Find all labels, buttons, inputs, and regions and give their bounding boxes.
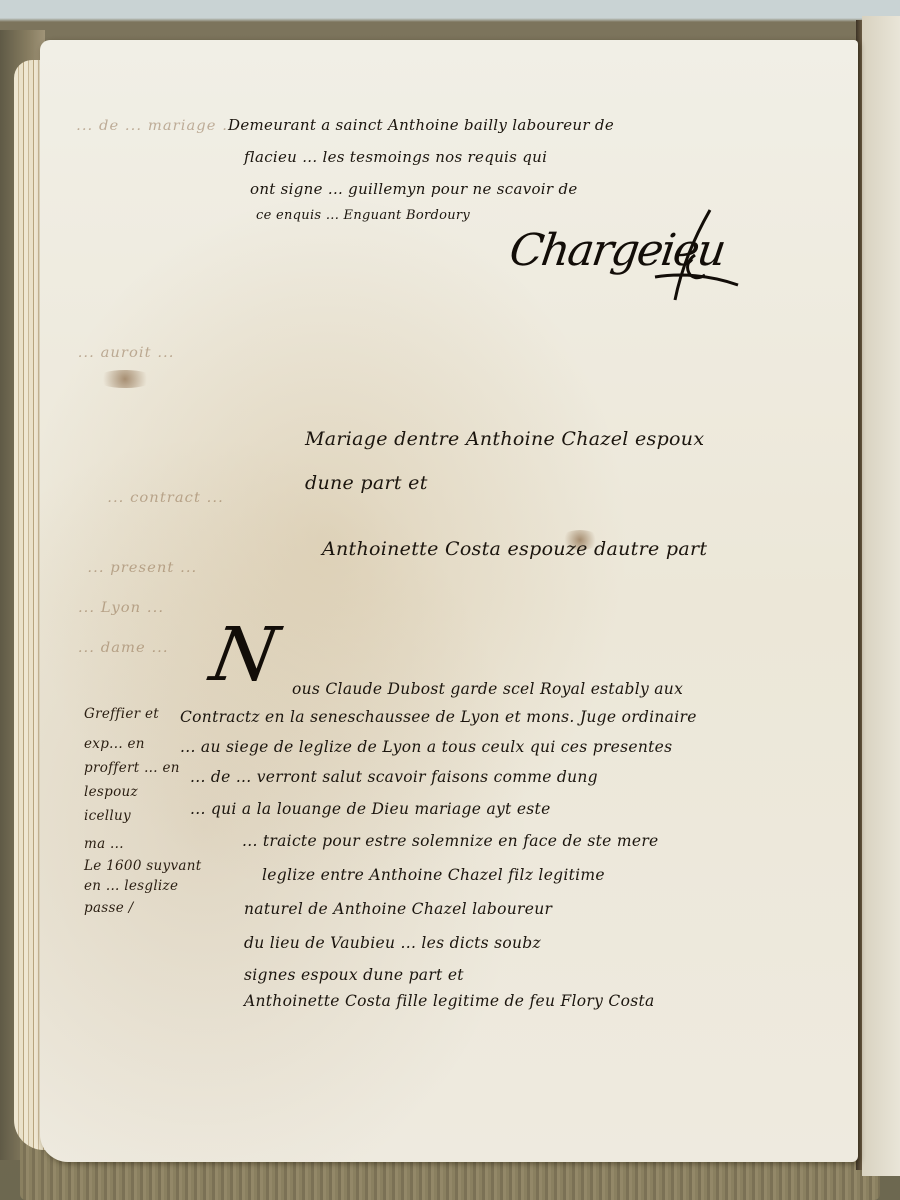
- body-line: ... traicte pour estre solemnize en face…: [242, 832, 659, 850]
- top-entry-line: ont signe ... guillemyn pour ne scavoir …: [250, 180, 578, 198]
- margin-note-line: Le 1600 suyvant: [84, 858, 201, 874]
- body-line: ... qui a la louange de Dieu mariage ayt…: [190, 800, 551, 818]
- margin-note-line: ma ...: [84, 836, 124, 852]
- margin-note-line: exp... en: [84, 736, 145, 752]
- bleed-through-text: ... de ... mariage ...: [76, 118, 239, 134]
- bleed-through-text: ... Lyon ...: [78, 600, 164, 616]
- body-line: Contractz en la seneschaussee de Lyon et…: [180, 708, 697, 726]
- bleed-through-text: ... auroit ...: [78, 345, 175, 361]
- top-entry-line: flacieu ... les tesmoings nos requis qui: [244, 148, 547, 166]
- margin-note-line: passe /: [84, 900, 133, 916]
- facing-page: [862, 16, 900, 1176]
- body-line: ... au siege de leglize de Lyon a tous c…: [180, 738, 672, 756]
- margin-note-line: lespouz: [84, 784, 138, 800]
- body-line: ... de ... verront salut scavoir faisons…: [190, 768, 598, 786]
- bleed-through-text: ... contract ...: [107, 490, 224, 506]
- body-line: signes espoux dune part et: [244, 966, 464, 984]
- signature-paraph-icon: [650, 205, 740, 305]
- heading-line: dune part et: [305, 472, 428, 494]
- margin-note-line: Greffier et: [84, 706, 159, 722]
- bleed-through-text: ... dame ...: [78, 640, 169, 656]
- body-line: ous Claude Dubost garde scel Royal estab…: [292, 680, 683, 698]
- body-line: Anthoinette Costa fille legitime de feu …: [244, 992, 655, 1010]
- top-entry-line: Demeurant a sainct Anthoine bailly labou…: [228, 116, 614, 134]
- body-line: du lieu de Vaubieu ... les dicts soubz: [244, 934, 541, 952]
- bleed-through-text: ... present ...: [87, 560, 197, 576]
- ink-stain: [95, 370, 155, 388]
- heading-line: Anthoinette Costa espouze dautre part: [322, 538, 707, 560]
- top-entry-line: ce enquis ... Enguant Bordoury: [256, 208, 470, 223]
- margin-note-line: en ... lesglize: [84, 878, 178, 894]
- heading-line: Mariage dentre Anthoine Chazel espoux: [305, 428, 704, 450]
- body-line: naturel de Anthoine Chazel laboureur: [244, 900, 552, 918]
- margin-note-line: icelluy: [84, 808, 131, 824]
- margin-note-line: proffert ... en: [84, 760, 180, 776]
- body-line: leglize entre Anthoine Chazel filz legit…: [262, 866, 605, 884]
